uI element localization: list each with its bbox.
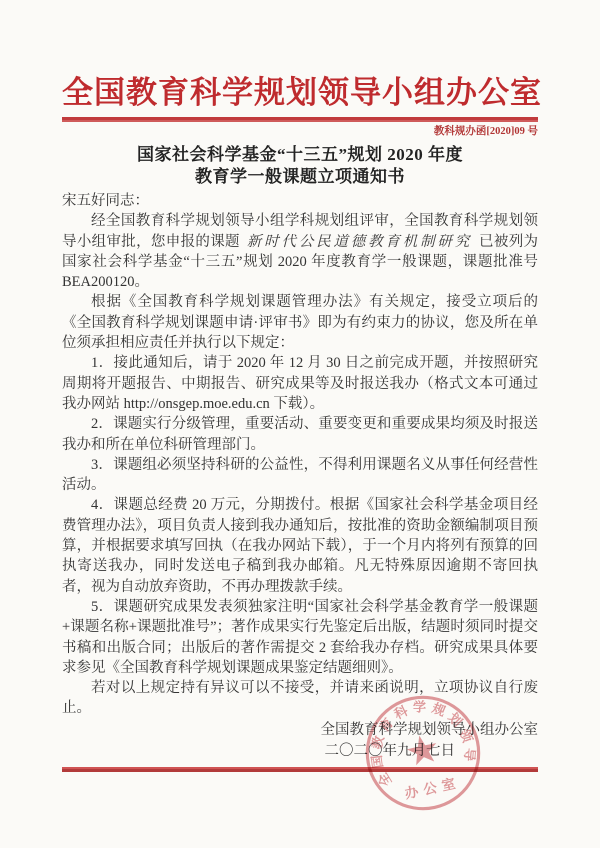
closing-block: 全国教育科学规划领导小组办公室 二〇二〇年九月七日	[62, 720, 538, 762]
letter-body: 宋五好同志： 经全国教育科学规划领导小组学科规划组评审，全国教育科学规划领导小组…	[62, 191, 538, 719]
paragraph-rule-4: 4．课题总经费 20 万元，分期拨付。根据《国家社会科学基金项目经费管理办法》，…	[62, 495, 538, 596]
document-page: 全国教育科学规划领导小组办公室 教科规办函[2020]09 号 国家社会科学基金…	[0, 0, 600, 848]
paragraph-rule-3: 3．课题组必须坚持科研的公益性，不得利用课题名义从事任何经营性活动。	[62, 455, 538, 496]
closing-signature-org: 全国教育科学规划领导小组办公室	[62, 720, 538, 741]
letterhead-org: 全国教育科学规划领导小组办公室	[62, 74, 538, 112]
footer-double-rule	[62, 767, 538, 772]
paragraph-approval: 经全国教育科学规划领导小组学科规划组评审，全国教育科学规划领导小组审批，您申报的…	[62, 211, 538, 292]
seal-bottom-text: 办公室	[403, 774, 462, 801]
document-title: 国家社会科学基金“十三五”规划 2020 年度 教育学一般课题立项通知书	[62, 144, 538, 188]
salutation: 宋五好同志：	[62, 191, 538, 211]
paragraph-rule-2: 2．课题实行分级管理，重要活动、重要变更和重要成果均须及时报送我办和所在单位科研…	[62, 414, 538, 455]
document-title-line2: 教育学一般课题立项通知书	[62, 166, 538, 188]
header-double-rule	[62, 117, 538, 122]
project-title: 新时代公民道德教育机制研究	[240, 234, 479, 250]
document-title-line1: 国家社会科学基金“十三五”规划 2020 年度	[62, 144, 538, 166]
paragraph-objection: 若对以上规定持有异议可以不接受，并请来函说明，立项协议自行废止。	[62, 678, 538, 719]
paragraph-rule-5: 5．课题研究成果发表须独家注明“国家社会科学基金教育学一般课题+课题名称+课题批…	[62, 597, 538, 678]
paragraph-regulations-intro: 根据《全国教育科学规划课题管理办法》有关规定，接受立项后的《全国教育科学规划课题…	[62, 292, 538, 353]
document-number: 教科规办函[2020]09 号	[62, 125, 538, 139]
closing-date: 二〇二〇年九月七日	[62, 741, 538, 762]
paragraph-rule-1: 1．接此通知后，请于 2020 年 12 月 30 日之前完成开题，并按照研究周…	[62, 353, 538, 414]
document-content: 全国教育科学规划领导小组办公室 教科规办函[2020]09 号 国家社会科学基金…	[0, 0, 600, 772]
